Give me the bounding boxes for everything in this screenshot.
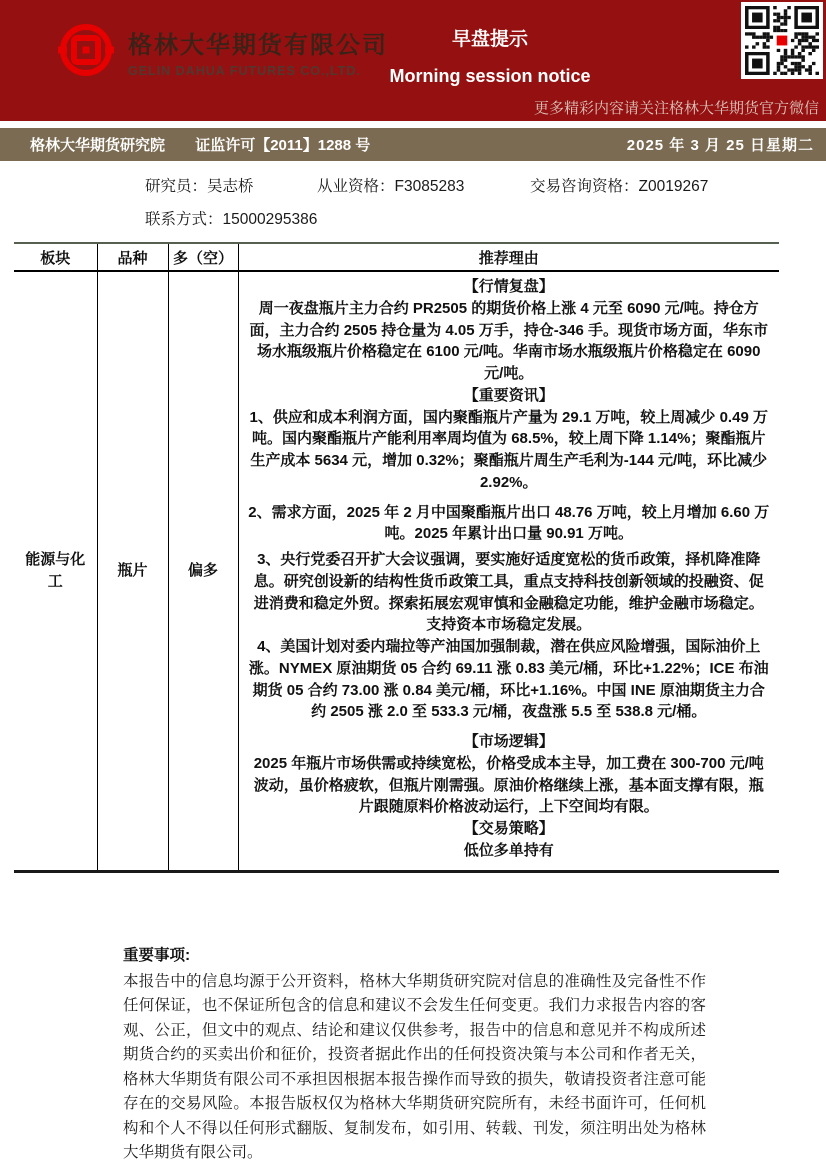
- researcher-line-1: 研究员：吴志桥从业资格：F3085283交易咨询资格：Z0019267: [145, 174, 826, 196]
- contact-value: 15000295386: [223, 211, 318, 228]
- advisory-value: Z0019267: [639, 178, 709, 195]
- license-number: 证监许可【2011】1288 号: [195, 137, 370, 154]
- researcher-name-value: 吴志桥: [207, 178, 254, 195]
- advisory-label: 交易咨询资格：: [530, 178, 639, 195]
- table-row: 能源与化工 瓶片 偏多 【行情复盘】 周一夜盘瓶片主力合约 PR2505 的期货…: [14, 271, 779, 871]
- cell-sector: 能源与化工: [14, 271, 97, 871]
- report-date: 2025 年 3 月 25 日星期二: [627, 134, 814, 155]
- col-header-sector: 板块: [14, 243, 97, 271]
- key-news-item-2: 2、需求方面，2025 年 2 月中国聚酯瓶片出口 48.76 万吨，较上月增加…: [248, 502, 771, 546]
- section-market-review-heading: 【行情复盘】: [248, 276, 771, 298]
- cell-reason: 【行情复盘】 周一夜盘瓶片主力合约 PR2505 的期货价格上涨 4 元至 60…: [238, 271, 779, 871]
- contact-label: 联系方式：: [145, 211, 223, 228]
- notice-title: 早盘提示 Morning session notice: [370, 24, 610, 87]
- qualification-field: 从业资格：F3085283: [317, 174, 530, 196]
- section-market-logic-heading: 【市场逻辑】: [248, 731, 771, 753]
- market-logic-text: 2025 年瓶片市场供需或持续宽松，价格受成本主导，加工费在 300-700 元…: [248, 753, 771, 818]
- institute-name: 格林大华期货研究院: [30, 137, 165, 154]
- col-header-variety: 品种: [97, 243, 168, 271]
- morning-notice-page: 格林大华期货有限公司 GELIN DAHUA FUTURES CO.,LTD. …: [0, 0, 826, 1169]
- market-review-text: 周一夜盘瓶片主力合约 PR2505 的期货价格上涨 4 元至 6090 元/吨。…: [248, 298, 771, 385]
- researcher-name-field: 研究员：吴志桥: [145, 174, 317, 196]
- researcher-line-2: 联系方式：15000295386: [145, 207, 826, 229]
- researcher-name-label: 研究员：: [145, 178, 207, 195]
- notice-title-en: Morning session notice: [370, 66, 610, 87]
- cell-bias: 偏多: [168, 271, 238, 871]
- researcher-info: 研究员：吴志桥从业资格：F3085283交易咨询资格：Z0019267 联系方式…: [0, 161, 826, 229]
- table-header-row: 板块 品种 多（空） 推荐理由: [14, 243, 779, 271]
- recommendation-table: 板块 品种 多（空） 推荐理由 能源与化工 瓶片 偏多 【行情复盘】 周一夜盘瓶…: [14, 242, 779, 873]
- disclaimer: 重要事项: 本报告中的信息均源于公开资料，格林大华期货研究院对信息的准确性及完备…: [123, 943, 706, 1166]
- masthead: 格林大华期货有限公司 GELIN DAHUA FUTURES CO.,LTD. …: [0, 0, 826, 121]
- col-header-reason: 推荐理由: [238, 243, 779, 271]
- company-name-en: GELIN DAHUA FUTURES CO.,LTD.: [128, 64, 388, 78]
- advisory-field: 交易咨询资格：Z0019267: [530, 178, 708, 195]
- qualification-value: F3085283: [395, 178, 465, 195]
- strategy-text: 低位多单持有: [248, 840, 771, 862]
- key-news-item-4: 4、美国计划对委内瑞拉等产油国加强制裁，潜在供应风险增强，国际油价上涨。NYME…: [248, 636, 771, 723]
- notice-title-cn: 早盘提示: [370, 24, 610, 51]
- col-header-bias: 多（空）: [168, 243, 238, 271]
- company-logo-icon: [58, 22, 116, 80]
- contact-field: 联系方式：15000295386: [145, 211, 317, 228]
- key-news-item-3: 3、央行党委召开扩大会议强调，要实施好适度宽松的货币政策，择机降准降息。研究创设…: [248, 549, 771, 636]
- registration-bar: 格林大华期货研究院 证监许可【2011】1288 号 2025 年 3 月 25…: [0, 128, 826, 161]
- wechat-note: 更多精彩内容请关注格林大华期货官方微信: [534, 97, 819, 118]
- key-news-item-1: 1、供应和成本利润方面，国内聚酯瓶片产量为 29.1 万吨，较上周减少 0.49…: [248, 407, 771, 494]
- wechat-qr-code-icon: [741, 2, 823, 79]
- section-strategy-heading: 【交易策略】: [248, 818, 771, 840]
- qualification-label: 从业资格：: [317, 178, 395, 195]
- brand-names: 格林大华期货有限公司 GELIN DAHUA FUTURES CO.,LTD.: [128, 25, 388, 78]
- cell-variety: 瓶片: [97, 271, 168, 871]
- section-key-news-heading: 【重要资讯】: [248, 385, 771, 407]
- brand: 格林大华期货有限公司 GELIN DAHUA FUTURES CO.,LTD.: [58, 22, 388, 80]
- disclaimer-heading: 重要事项:: [123, 943, 706, 965]
- disclaimer-body: 本报告中的信息均源于公开资料，格林大华期货研究院对信息的准确性及完备性不作任何保…: [123, 970, 706, 1166]
- registration-left: 格林大华期货研究院 证监许可【2011】1288 号: [30, 134, 370, 155]
- company-name-cn: 格林大华期货有限公司: [128, 25, 388, 60]
